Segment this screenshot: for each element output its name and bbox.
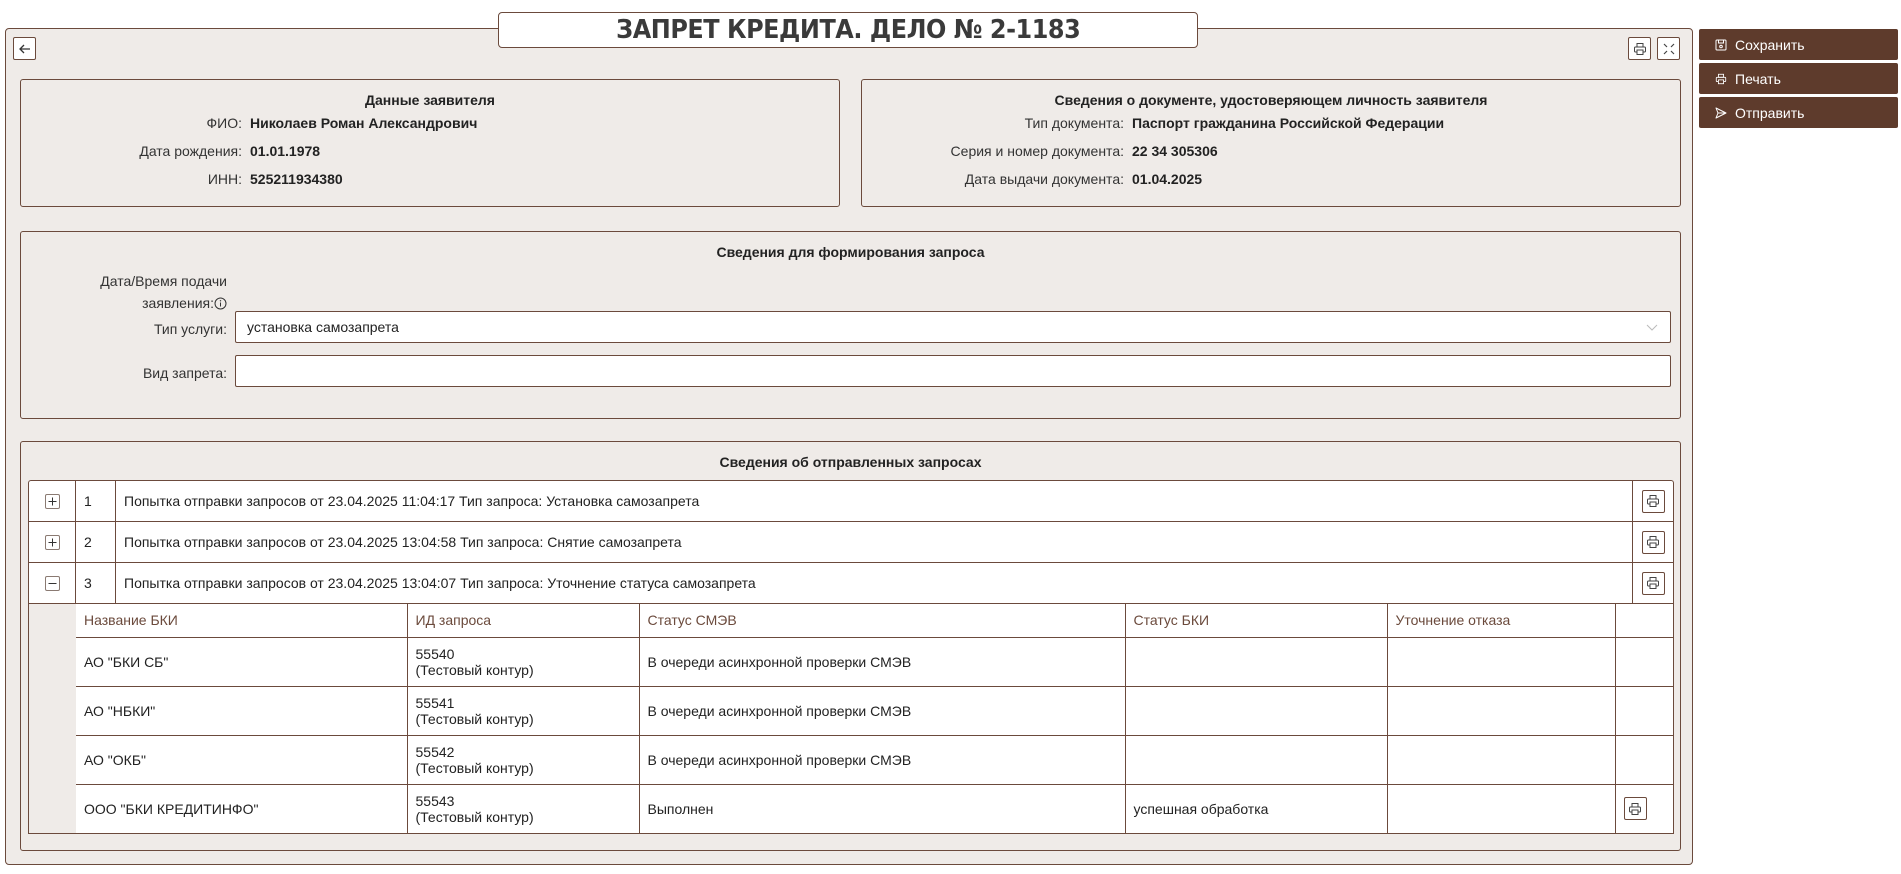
col-bki-name: Название БКИ [76, 604, 407, 637]
plus-icon [47, 537, 58, 548]
col-refusal-details: Уточнение отказа [1387, 604, 1615, 637]
col-bki-status: Статус БКИ [1125, 604, 1387, 637]
attempt-description: Попытка отправки запросов от 23.04.2025 … [116, 522, 1633, 562]
attempt-description: Попытка отправки запросов от 23.04.2025 … [116, 563, 1633, 603]
main-panel: Данные заявителя ФИО: Николаев Роман Але… [5, 28, 1693, 865]
table-row: АО "ОКБ" 55542(Тестовый контур) В очеред… [76, 735, 1673, 784]
ban-type-input[interactable] [235, 355, 1671, 387]
inn-label: ИНН: [21, 171, 250, 187]
applicant-section: Данные заявителя ФИО: Николаев Роман Але… [20, 79, 840, 207]
smev-status: В очереди асинхронной проверки СМЭВ [639, 637, 1125, 686]
page-title: ЗАПРЕТ КРЕДИТА. ДЕЛО № 2-1183 [616, 15, 1080, 45]
expand-toggle[interactable] [45, 494, 60, 509]
info-icon[interactable] [214, 297, 227, 310]
bki-name: АО "НБКИ" [76, 686, 407, 735]
document-section: Сведения о документе, удостоверяющем лич… [861, 79, 1681, 207]
document-title: Сведения о документе, удостоверяющем лич… [862, 92, 1680, 108]
refusal-details [1387, 637, 1615, 686]
plus-icon [47, 496, 58, 507]
birthdate-label: Дата рождения: [21, 143, 250, 159]
back-button[interactable] [13, 37, 36, 60]
print-button[interactable] [1628, 37, 1651, 60]
request-id: 55543(Тестовый контур) [407, 784, 639, 833]
send-button[interactable]: Отправить [1699, 97, 1898, 128]
applicant-fio-row: ФИО: Николаев Роман Александрович [21, 115, 477, 131]
send-icon [1715, 107, 1727, 119]
attempt-details: Название БКИ ИД запроса Статус СМЭВ Стат… [28, 603, 1674, 834]
service-type-label: Тип услуги: [21, 321, 235, 337]
bki-requests-table: Название БКИ ИД запроса Статус СМЭВ Стат… [76, 604, 1673, 833]
inn-value: 525211934380 [250, 171, 343, 187]
attempt-print-button[interactable] [1642, 531, 1665, 554]
minus-icon [47, 578, 58, 589]
printer-icon [1633, 42, 1647, 56]
sent-requests-title: Сведения об отправленных запросах [21, 454, 1680, 470]
attempt-number: 1 [76, 481, 116, 521]
request-form-section: Сведения для формирования запроса Дата/В… [20, 231, 1681, 419]
col-request-id: ИД запроса [407, 604, 639, 637]
doc-type-value: Паспорт гражданина Российской Федерации [1132, 115, 1444, 131]
table-row: ООО "БКИ КРЕДИТИНФО" 55543(Тестовый конт… [76, 784, 1673, 833]
attempt-number: 2 [76, 522, 116, 562]
doc-number-label: Серия и номер документа: [862, 143, 1132, 159]
side-actions: Сохранить Печать Отправить [1699, 29, 1898, 131]
col-actions [1615, 604, 1673, 637]
chevron-down-icon [1646, 321, 1658, 333]
print-action-button[interactable]: Печать [1699, 63, 1898, 94]
expand-icon [1662, 42, 1676, 56]
printer-icon [1646, 576, 1660, 590]
applicant-inn-row: ИНН: 525211934380 [21, 171, 343, 187]
bki-status [1125, 686, 1387, 735]
doc-issue-date-value: 01.04.2025 [1132, 171, 1202, 187]
request-form-title: Сведения для формирования запроса [21, 244, 1680, 260]
page-title-box: ЗАПРЕТ КРЕДИТА. ДЕЛО № 2-1183 [498, 12, 1198, 48]
attempt-number: 3 [76, 563, 116, 603]
birthdate-value: 01.01.1978 [250, 143, 320, 159]
printer-icon [1646, 535, 1660, 549]
save-button[interactable]: Сохранить [1699, 29, 1898, 60]
table-header-row: Название БКИ ИД запроса Статус СМЭВ Стат… [76, 604, 1673, 637]
doc-issue-date-label: Дата выдачи документа: [862, 171, 1132, 187]
bki-status [1125, 637, 1387, 686]
applicant-title: Данные заявителя [21, 92, 839, 108]
refusal-details [1387, 735, 1615, 784]
fio-label: ФИО: [21, 115, 250, 131]
row-actions [1615, 686, 1673, 735]
attempt-row: 2 Попытка отправки запросов от 23.04.202… [28, 521, 1674, 562]
arrow-left-icon [18, 42, 32, 56]
attempt-print-button[interactable] [1642, 572, 1665, 595]
doc-number-row: Серия и номер документа: 22 34 305306 [862, 143, 1218, 159]
expand-toggle[interactable] [45, 535, 60, 550]
datetime-label: Дата/Время подачи заявления: [21, 270, 227, 314]
doc-type-row: Тип документа: Паспорт гражданина Россий… [862, 115, 1444, 131]
row-actions [1615, 735, 1673, 784]
fio-value: Николаев Роман Александрович [250, 115, 477, 131]
refusal-details [1387, 784, 1615, 833]
table-row: АО "БКИ СБ" 55540(Тестовый контур) В оче… [76, 637, 1673, 686]
smev-status: В очереди асинхронной проверки СМЭВ [639, 686, 1125, 735]
bki-status [1125, 735, 1387, 784]
row-print-button[interactable] [1624, 797, 1647, 820]
save-icon [1715, 39, 1727, 51]
smev-status: В очереди асинхронной проверки СМЭВ [639, 735, 1125, 784]
applicant-birthdate-row: Дата рождения: 01.01.1978 [21, 143, 320, 159]
service-type-select[interactable]: установка самозапрета [235, 311, 1671, 343]
printer-icon [1646, 494, 1660, 508]
table-row: АО "НБКИ" 55541(Тестовый контур) В очере… [76, 686, 1673, 735]
sent-requests-section: Сведения об отправленных запросах 1 Попы… [20, 441, 1681, 851]
bki-status: успешная обработка [1125, 784, 1387, 833]
smev-status: Выполнен [639, 784, 1125, 833]
printer-icon [1628, 802, 1642, 816]
request-id: 55540(Тестовый контур) [407, 637, 639, 686]
bki-name: АО "БКИ СБ" [76, 637, 407, 686]
collapse-toggle[interactable] [45, 576, 60, 591]
row-actions [1615, 637, 1673, 686]
doc-issue-date-row: Дата выдачи документа: 01.04.2025 [862, 171, 1202, 187]
bki-name: АО "ОКБ" [76, 735, 407, 784]
attempts-list: 1 Попытка отправки запросов от 23.04.202… [28, 480, 1674, 834]
request-id: 55541(Тестовый контур) [407, 686, 639, 735]
attempt-print-button[interactable] [1642, 490, 1665, 513]
row-actions [1615, 784, 1673, 833]
doc-number-value: 22 34 305306 [1132, 143, 1218, 159]
attempt-row: 3 Попытка отправки запросов от 23.04.202… [28, 562, 1674, 603]
col-smev-status: Статус СМЭВ [639, 604, 1125, 637]
ban-type-label: Вид запрета: [21, 365, 235, 381]
request-id: 55542(Тестовый контур) [407, 735, 639, 784]
attempt-description: Попытка отправки запросов от 23.04.2025 … [116, 481, 1633, 521]
attempt-row: 1 Попытка отправки запросов от 23.04.202… [28, 480, 1674, 521]
refusal-details [1387, 686, 1615, 735]
fullscreen-button[interactable] [1657, 37, 1680, 60]
bki-name: ООО "БКИ КРЕДИТИНФО" [76, 784, 407, 833]
doc-type-label: Тип документа: [862, 115, 1132, 131]
printer-icon [1715, 73, 1727, 85]
